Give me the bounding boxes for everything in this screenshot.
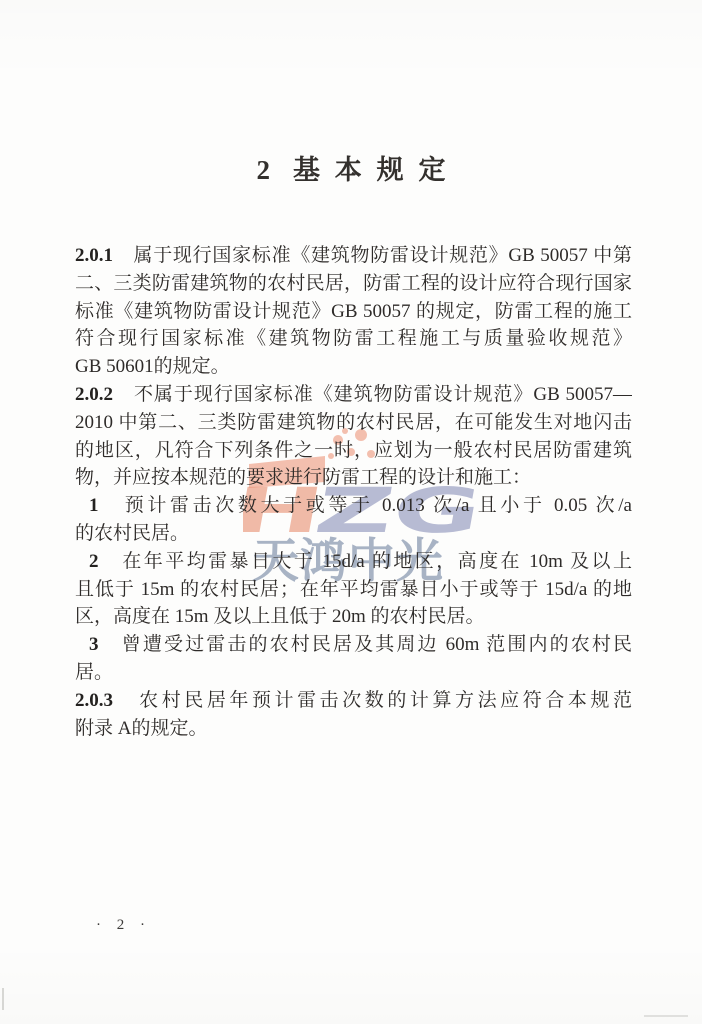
clause-number: 2.0.2 <box>75 384 134 405</box>
clause-number: 2.0.1 <box>75 245 133 266</box>
body-line: 1 预计雷击次数大于或等于 0.013 次/a 且小于 0.05 次/a <box>75 492 632 520</box>
scan-artifact-bottom-right <box>644 1015 688 1017</box>
body-line: 附录 A的规定。 <box>75 715 632 743</box>
clause-text: 且低于 15m 的农村民居；在年平均雷暴日小于或等于 15d/a 的地 <box>75 579 632 600</box>
clause-text: GB 50601的规定。 <box>75 356 230 377</box>
body-line: GB 50601的规定。 <box>75 353 632 381</box>
clause-number: 2.0.3 <box>75 690 139 711</box>
body-line: 区，高度在 15m 及以上且低于 20m 的农村民居。 <box>75 603 632 631</box>
clause-text: 附录 A的规定。 <box>75 718 207 739</box>
clause-text: 的地区，凡符合下列条件之一时，应划为一般农村民居防雷建筑 <box>75 440 632 461</box>
clause-text: 的农村民居。 <box>75 523 189 544</box>
clause-text: 不属于现行国家标准《建筑物防雷设计规范》GB 50057— <box>134 384 632 405</box>
clause-text: 物，并应按本规范的要求进行防雷工程的设计和施工： <box>75 467 531 488</box>
chapter-number: 2 <box>257 155 271 185</box>
clause-text: 符合现行国家标准《建筑物防雷工程施工与质量验收规范》 <box>75 328 632 349</box>
body-line: 符合现行国家标准《建筑物防雷工程施工与质量验收规范》 <box>75 325 632 353</box>
body-line: 2 在年平均雷暴日大于 15d/a 的地区，高度在 10m 及以上 <box>75 548 632 576</box>
clause-text: 预计雷击次数大于或等于 0.013 次/a 且小于 0.05 次/a <box>125 495 632 516</box>
body-text: 2.0.1 属于现行国家标准《建筑物防雷设计规范》GB 50057 中第 二、三… <box>75 242 632 742</box>
chapter-title-text: 基本规定 <box>293 155 460 185</box>
clause-text: 二、三类防雷建筑物的农村民居，防雷工程的设计应符合现行国家 <box>75 273 632 294</box>
body-line: 且低于 15m 的农村民居；在年平均雷暴日小于或等于 15d/a 的地 <box>75 576 632 604</box>
clause-text: 2010 中第二、三类防雷建筑物的农村民居，在可能发生对地闪击 <box>75 412 632 433</box>
clause-text: 农村民居年预计雷击次数的计算方法应符合本规范 <box>139 690 632 711</box>
chapter-title: 2基本规定 <box>0 146 702 194</box>
page-number: · 2 · <box>96 917 151 934</box>
body-line: 的农村民居。 <box>75 520 632 548</box>
body-line: 2.0.2 不属于现行国家标准《建筑物防雷设计规范》GB 50057— <box>75 381 632 409</box>
item-number: 3 <box>89 634 122 655</box>
body-line: 标准《建筑物防雷设计规范》GB 50057 的规定，防雷工程的施工应 <box>75 298 632 326</box>
body-line: 3 曾遭受过雷击的农村民居及其周边 60m 范围内的农村民 <box>75 631 632 659</box>
item-number: 2 <box>89 551 122 572</box>
clause-text: 在年平均雷暴日大于 15d/a 的地区，高度在 10m 及以上 <box>122 551 632 572</box>
document-page: H ZG 天鸿中光 2基本规定 2.0.1 属于现行国家标准《建筑物防雷设计规范… <box>0 0 702 1024</box>
body-line: 的地区，凡符合下列条件之一时，应划为一般农村民居防雷建筑 <box>75 437 632 465</box>
clause-text: 标准《建筑物防雷设计规范》GB 50057 的规定，防雷工程的施工应 <box>75 301 632 326</box>
clause-text: 区，高度在 15m 及以上且低于 20m 的农村民居。 <box>75 606 485 627</box>
clause-text: 居。 <box>75 662 113 683</box>
body-line: 居。 <box>75 659 632 687</box>
scan-artifact-left-edge <box>2 988 4 1010</box>
body-line: 2010 中第二、三类防雷建筑物的农村民居，在可能发生对地闪击 <box>75 409 632 437</box>
item-number: 1 <box>89 495 125 516</box>
clause-text: 属于现行国家标准《建筑物防雷设计规范》GB 50057 中第 <box>133 245 632 266</box>
body-line: 物，并应按本规范的要求进行防雷工程的设计和施工： <box>75 464 632 492</box>
body-line: 二、三类防雷建筑物的农村民居，防雷工程的设计应符合现行国家 <box>75 270 632 298</box>
body-line: 2.0.1 属于现行国家标准《建筑物防雷设计规范》GB 50057 中第 <box>75 242 632 270</box>
clause-text: 曾遭受过雷击的农村民居及其周边 60m 范围内的农村民 <box>122 634 632 655</box>
body-line: 2.0.3 农村民居年预计雷击次数的计算方法应符合本规范 <box>75 687 632 715</box>
